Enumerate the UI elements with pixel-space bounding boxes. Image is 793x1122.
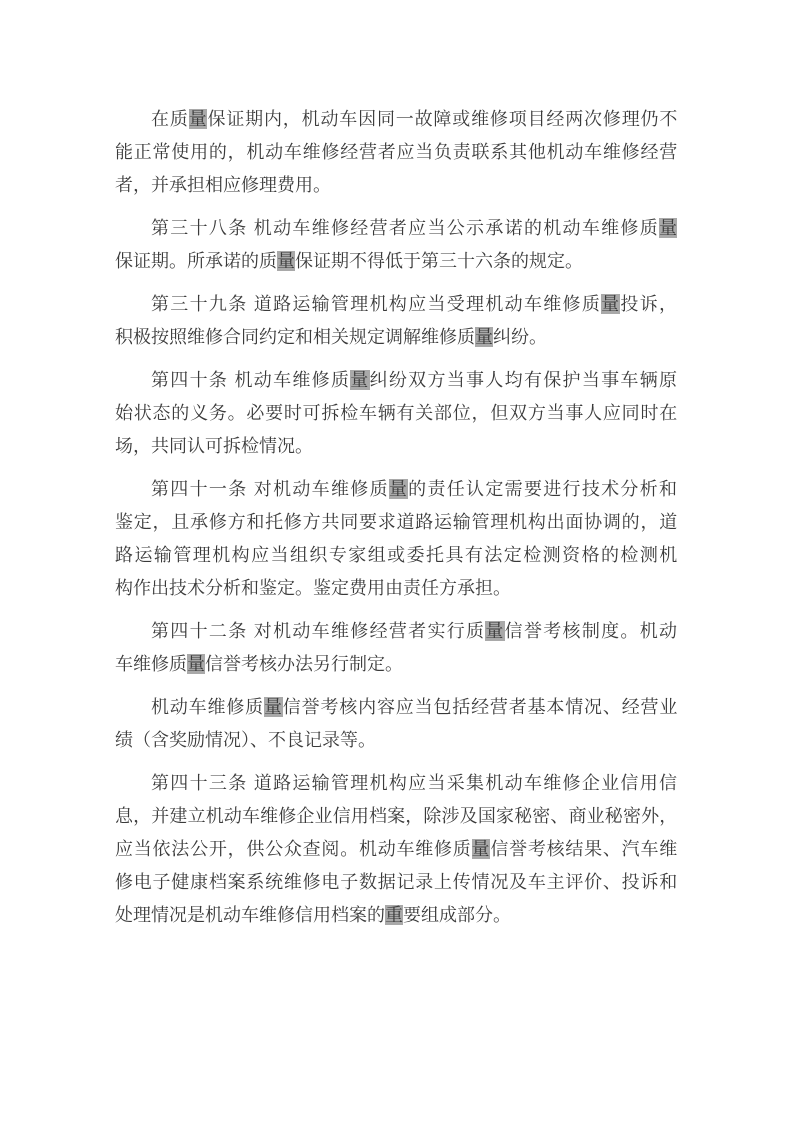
text-line: 第四十二条 对机动车维修经营者实行质量信誉考核制度。机动 xyxy=(115,615,677,648)
text-line: 第四十一条 对机动车维修质量的责任认定需要进行技术分析和 xyxy=(115,473,677,506)
highlighted-char: 量 xyxy=(189,109,208,129)
highlighted-char: 量 xyxy=(485,621,504,641)
text-line: 应当依法公开，供公众查阅。机动车维修质量信誉考核结果、汽车维 xyxy=(115,833,677,866)
text-line: 在质量保证期内，机动车因同一故障或维修项目经两次修理仍不 xyxy=(115,103,677,136)
highlighted-char: 量 xyxy=(475,327,493,347)
text-line: 能正常使用的，机动车维修经营者应当负责联系其他机动车维修经营 xyxy=(115,136,677,169)
highlighted-char: 量 xyxy=(264,697,283,717)
paragraph: 第三十八条 机动车维修经营者应当公示承诺的机动车维修质量保证期。所承诺的质量保证… xyxy=(115,212,677,278)
text-line: 第三十八条 机动车维修经营者应当公示承诺的机动车维修质量 xyxy=(115,212,677,245)
highlighted-char: 量 xyxy=(389,479,408,499)
text-line: 鉴定，且承修方和托修方共同要求道路运输管理机构出面协调的，道 xyxy=(115,506,677,539)
text-line: 积极按照维修合同约定和相关规定调解维修质量纠纷。 xyxy=(115,321,677,354)
text-line: 处理情况是机动车维修信用档案的重要组成部分。 xyxy=(115,899,677,932)
document-body: 在质量保证期内，机动车因同一故障或维修项目经两次修理仍不能正常使用的，机动车维修… xyxy=(115,103,677,932)
paragraph: 在质量保证期内，机动车因同一故障或维修项目经两次修理仍不能正常使用的，机动车维修… xyxy=(115,103,677,202)
text-line: 构作出技术分析和鉴定。鉴定费用由责任方承担。 xyxy=(115,572,677,605)
document-page: 在质量保证期内，机动车因同一故障或维修项目经两次修理仍不能正常使用的，机动车维修… xyxy=(0,0,793,1122)
highlighted-char: 重 xyxy=(385,905,403,925)
text-line: 路运输管理机构应当组织专家组或委托具有法定检测资格的检测机 xyxy=(115,539,677,572)
text-line: 修电子健康档案系统维修电子数据记录上传情况及车主评价、投诉和 xyxy=(115,866,677,899)
highlighted-char: 量 xyxy=(659,218,677,238)
text-line: 机动车维修质量信誉考核内容应当包括经营者基本情况、经营业 xyxy=(115,691,677,724)
paragraph: 第四十三条 道路运输管理机构应当采集机动车维修企业信用信息，并建立机动车维修企业… xyxy=(115,767,677,932)
paragraph: 第四十二条 对机动车维修经营者实行质量信誉考核制度。机动车维修质量信誉考核办法另… xyxy=(115,615,677,681)
text-line: 始状态的义务。必要时可拆检车辆有关部位，但双方当事人应同时在 xyxy=(115,397,677,430)
highlighted-char: 量 xyxy=(350,370,369,390)
text-line: 第四十三条 道路运输管理机构应当采集机动车维修企业信用信 xyxy=(115,767,677,800)
text-line: 场，共同认可拆检情况。 xyxy=(115,430,677,463)
text-line: 第三十九条 道路运输管理机构应当受理机动车维修质量投诉， xyxy=(115,288,677,321)
text-line: 车维修质量信誉考核办法另行制定。 xyxy=(115,648,677,681)
paragraph: 第四十一条 对机动车维修质量的责任认定需要进行技术分析和鉴定，且承修方和托修方共… xyxy=(115,473,677,605)
paragraph: 机动车维修质量信誉考核内容应当包括经营者基本情况、经营业绩（含奖励情况）、不良记… xyxy=(115,691,677,757)
highlighted-char: 量 xyxy=(277,251,295,271)
paragraph: 第四十条 机动车维修质量纠纷双方当事人均有保护当事车辆原始状态的义务。必要时可拆… xyxy=(115,364,677,463)
paragraph: 第三十九条 道路运输管理机构应当受理机动车维修质量投诉，积极按照维修合同约定和相… xyxy=(115,288,677,354)
highlighted-char: 量 xyxy=(187,654,205,674)
text-line: 保证期。所承诺的质量保证期不得低于第三十六条的规定。 xyxy=(115,245,677,278)
text-line: 绩（含奖励情况）、不良记录等。 xyxy=(115,724,677,757)
text-line: 第四十条 机动车维修质量纠纷双方当事人均有保护当事车辆原 xyxy=(115,364,677,397)
highlighted-char: 量 xyxy=(601,294,620,314)
text-line: 者，并承担相应修理费用。 xyxy=(115,169,677,202)
text-line: 息，并建立机动车维修企业信用档案，除涉及国家秘密、商业秘密外， xyxy=(115,800,677,833)
highlighted-char: 量 xyxy=(472,839,491,859)
